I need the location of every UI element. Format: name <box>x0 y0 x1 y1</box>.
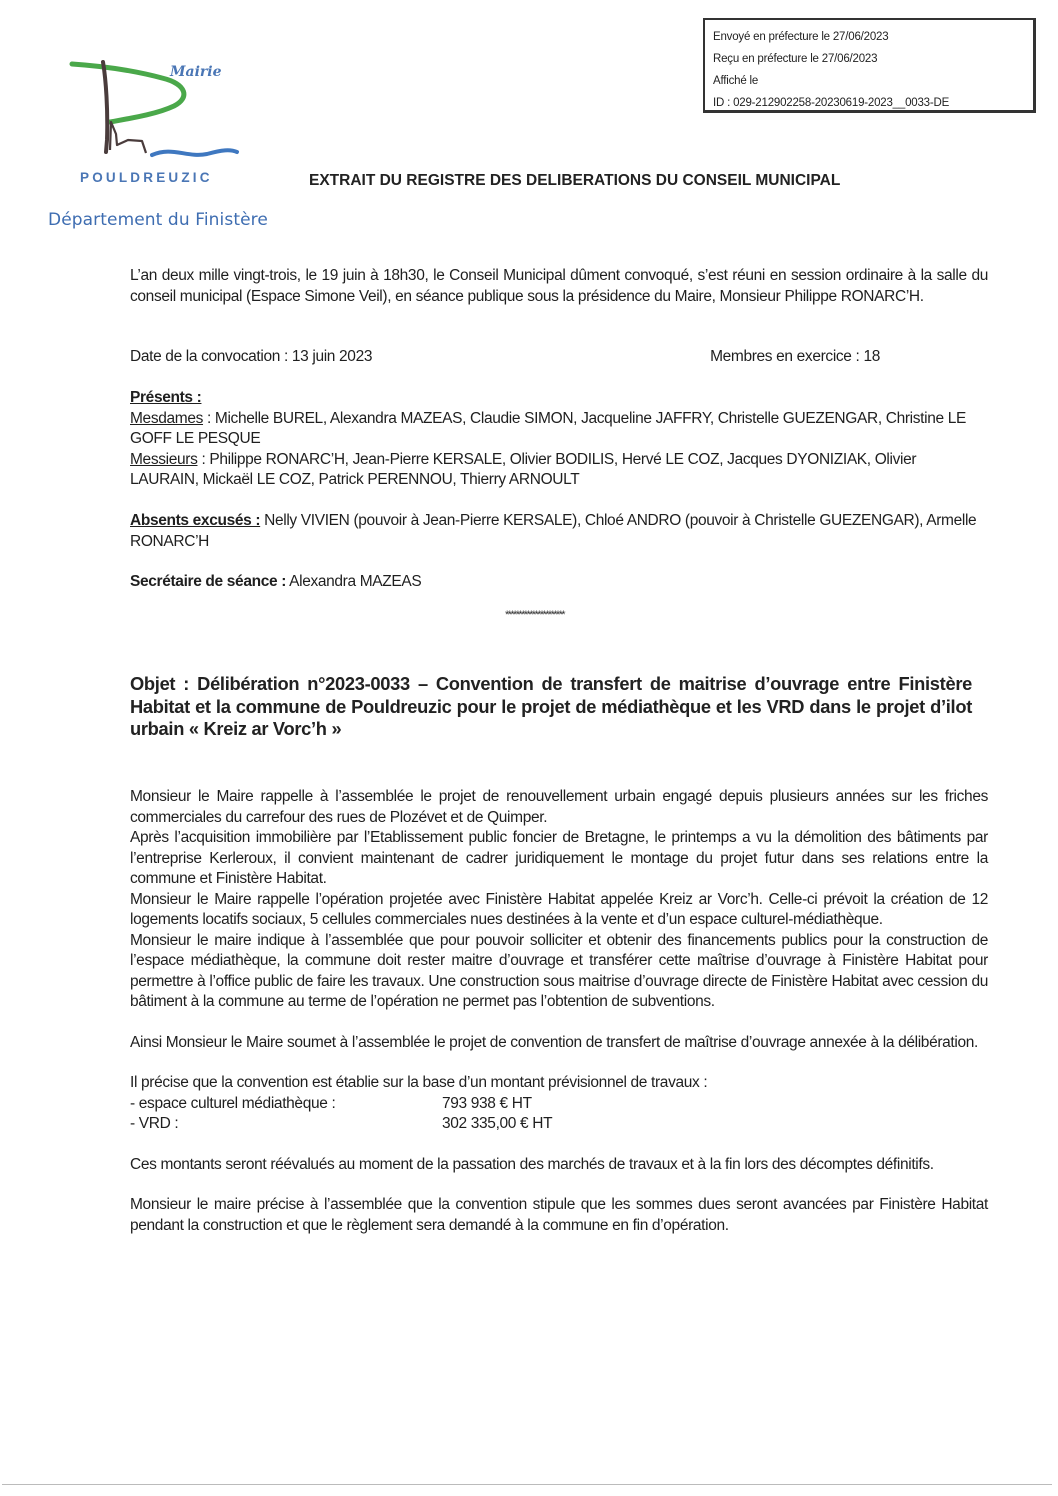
absents-heading: Absents excusés : <box>130 512 260 529</box>
svg-text:Mairie: Mairie <box>169 64 222 80</box>
paragraph-2: Après l’acquisition immobilière par l’Et… <box>130 828 988 890</box>
paragraph-7: Ces montants seront réévalués au moment … <box>130 1155 988 1176</box>
absents-section: Absents excusés : Nelly VIVIEN (pouvoir … <box>130 511 988 552</box>
stamp-received: Reçu en préfecture le 27/06/2023 <box>713 48 1033 70</box>
separator: ********************** <box>505 609 564 621</box>
secretary-label: Secrétaire de séance : <box>130 573 286 590</box>
objet-heading: Objet : Délibération n°2023-0033 – Conve… <box>130 673 972 741</box>
mesdames-label: Mesdames <box>130 410 203 427</box>
intro-paragraph: L’an deux mille vingt-trois, le 19 juin … <box>130 266 988 307</box>
convocation-date: Date de la convocation : 13 juin 2023 <box>130 347 372 368</box>
amount-value: 302 335,00 € HT <box>442 1114 552 1135</box>
main-body: Monsieur le Maire rappelle à l’assemblée… <box>130 787 988 1236</box>
presents-heading: Présents : <box>130 389 201 406</box>
paragraph-3: Monsieur le Maire rappelle l’opération p… <box>130 890 988 931</box>
amount-value: 793 938 € HT <box>442 1094 532 1115</box>
page-edge-line <box>2 1484 1052 1485</box>
logo-graphic-icon: Mairie <box>62 50 242 160</box>
amount-label: - VRD : <box>130 1114 442 1135</box>
amount-row-vrd: - VRD : 302 335,00 € HT <box>130 1114 988 1135</box>
prefecture-stamp: Envoyé en préfecture le 27/06/2023 Reçu … <box>703 18 1036 113</box>
paragraph-6: Il précise que la convention est établie… <box>130 1073 988 1094</box>
secretary-name: Alexandra MAZEAS <box>286 573 421 590</box>
secretary-section: Secrétaire de séance : Alexandra MAZEAS <box>130 572 988 593</box>
amount-row-mediatheque: - espace culturel médiathèque : 793 938 … <box>130 1094 988 1115</box>
stamp-id: ID : 029-212902258-20230619-2023__0033-D… <box>713 92 1033 114</box>
messieurs-label: Messieurs <box>130 451 197 468</box>
amount-label: - espace culturel médiathèque : <box>130 1094 442 1115</box>
stamp-posted: Affiché le <box>713 70 1033 92</box>
mairie-logo: Mairie POULDREUZIC <box>62 50 242 200</box>
page-title: EXTRAIT DU REGISTRE DES DELIBERATIONS DU… <box>309 172 840 190</box>
stamp-sent: Envoyé en préfecture le 27/06/2023 <box>713 26 1033 48</box>
paragraph-5: Ainsi Monsieur le Maire soumet à l’assem… <box>130 1033 988 1054</box>
department-label: Département du Finistère <box>48 210 268 230</box>
presents-section: Présents : Mesdames : Michelle BUREL, Al… <box>130 388 988 491</box>
mesdames-list: : Michelle BUREL, Alexandra MAZEAS, Clau… <box>130 410 966 448</box>
paragraph-4: Monsieur le maire indique à l’assemblée … <box>130 931 988 1013</box>
messieurs-list: : Philippe RONARC’H, Jean-Pierre KERSALE… <box>130 451 916 489</box>
paragraph-8: Monsieur le maire précise à l’assemblée … <box>130 1195 988 1236</box>
convocation-row: Date de la convocation : 13 juin 2023 Me… <box>130 347 988 368</box>
logo-town-name: POULDREUZIC <box>80 170 213 185</box>
members-count: Membres en exercice : 18 <box>710 347 880 368</box>
paragraph-1: Monsieur le Maire rappelle à l’assemblée… <box>130 787 988 828</box>
